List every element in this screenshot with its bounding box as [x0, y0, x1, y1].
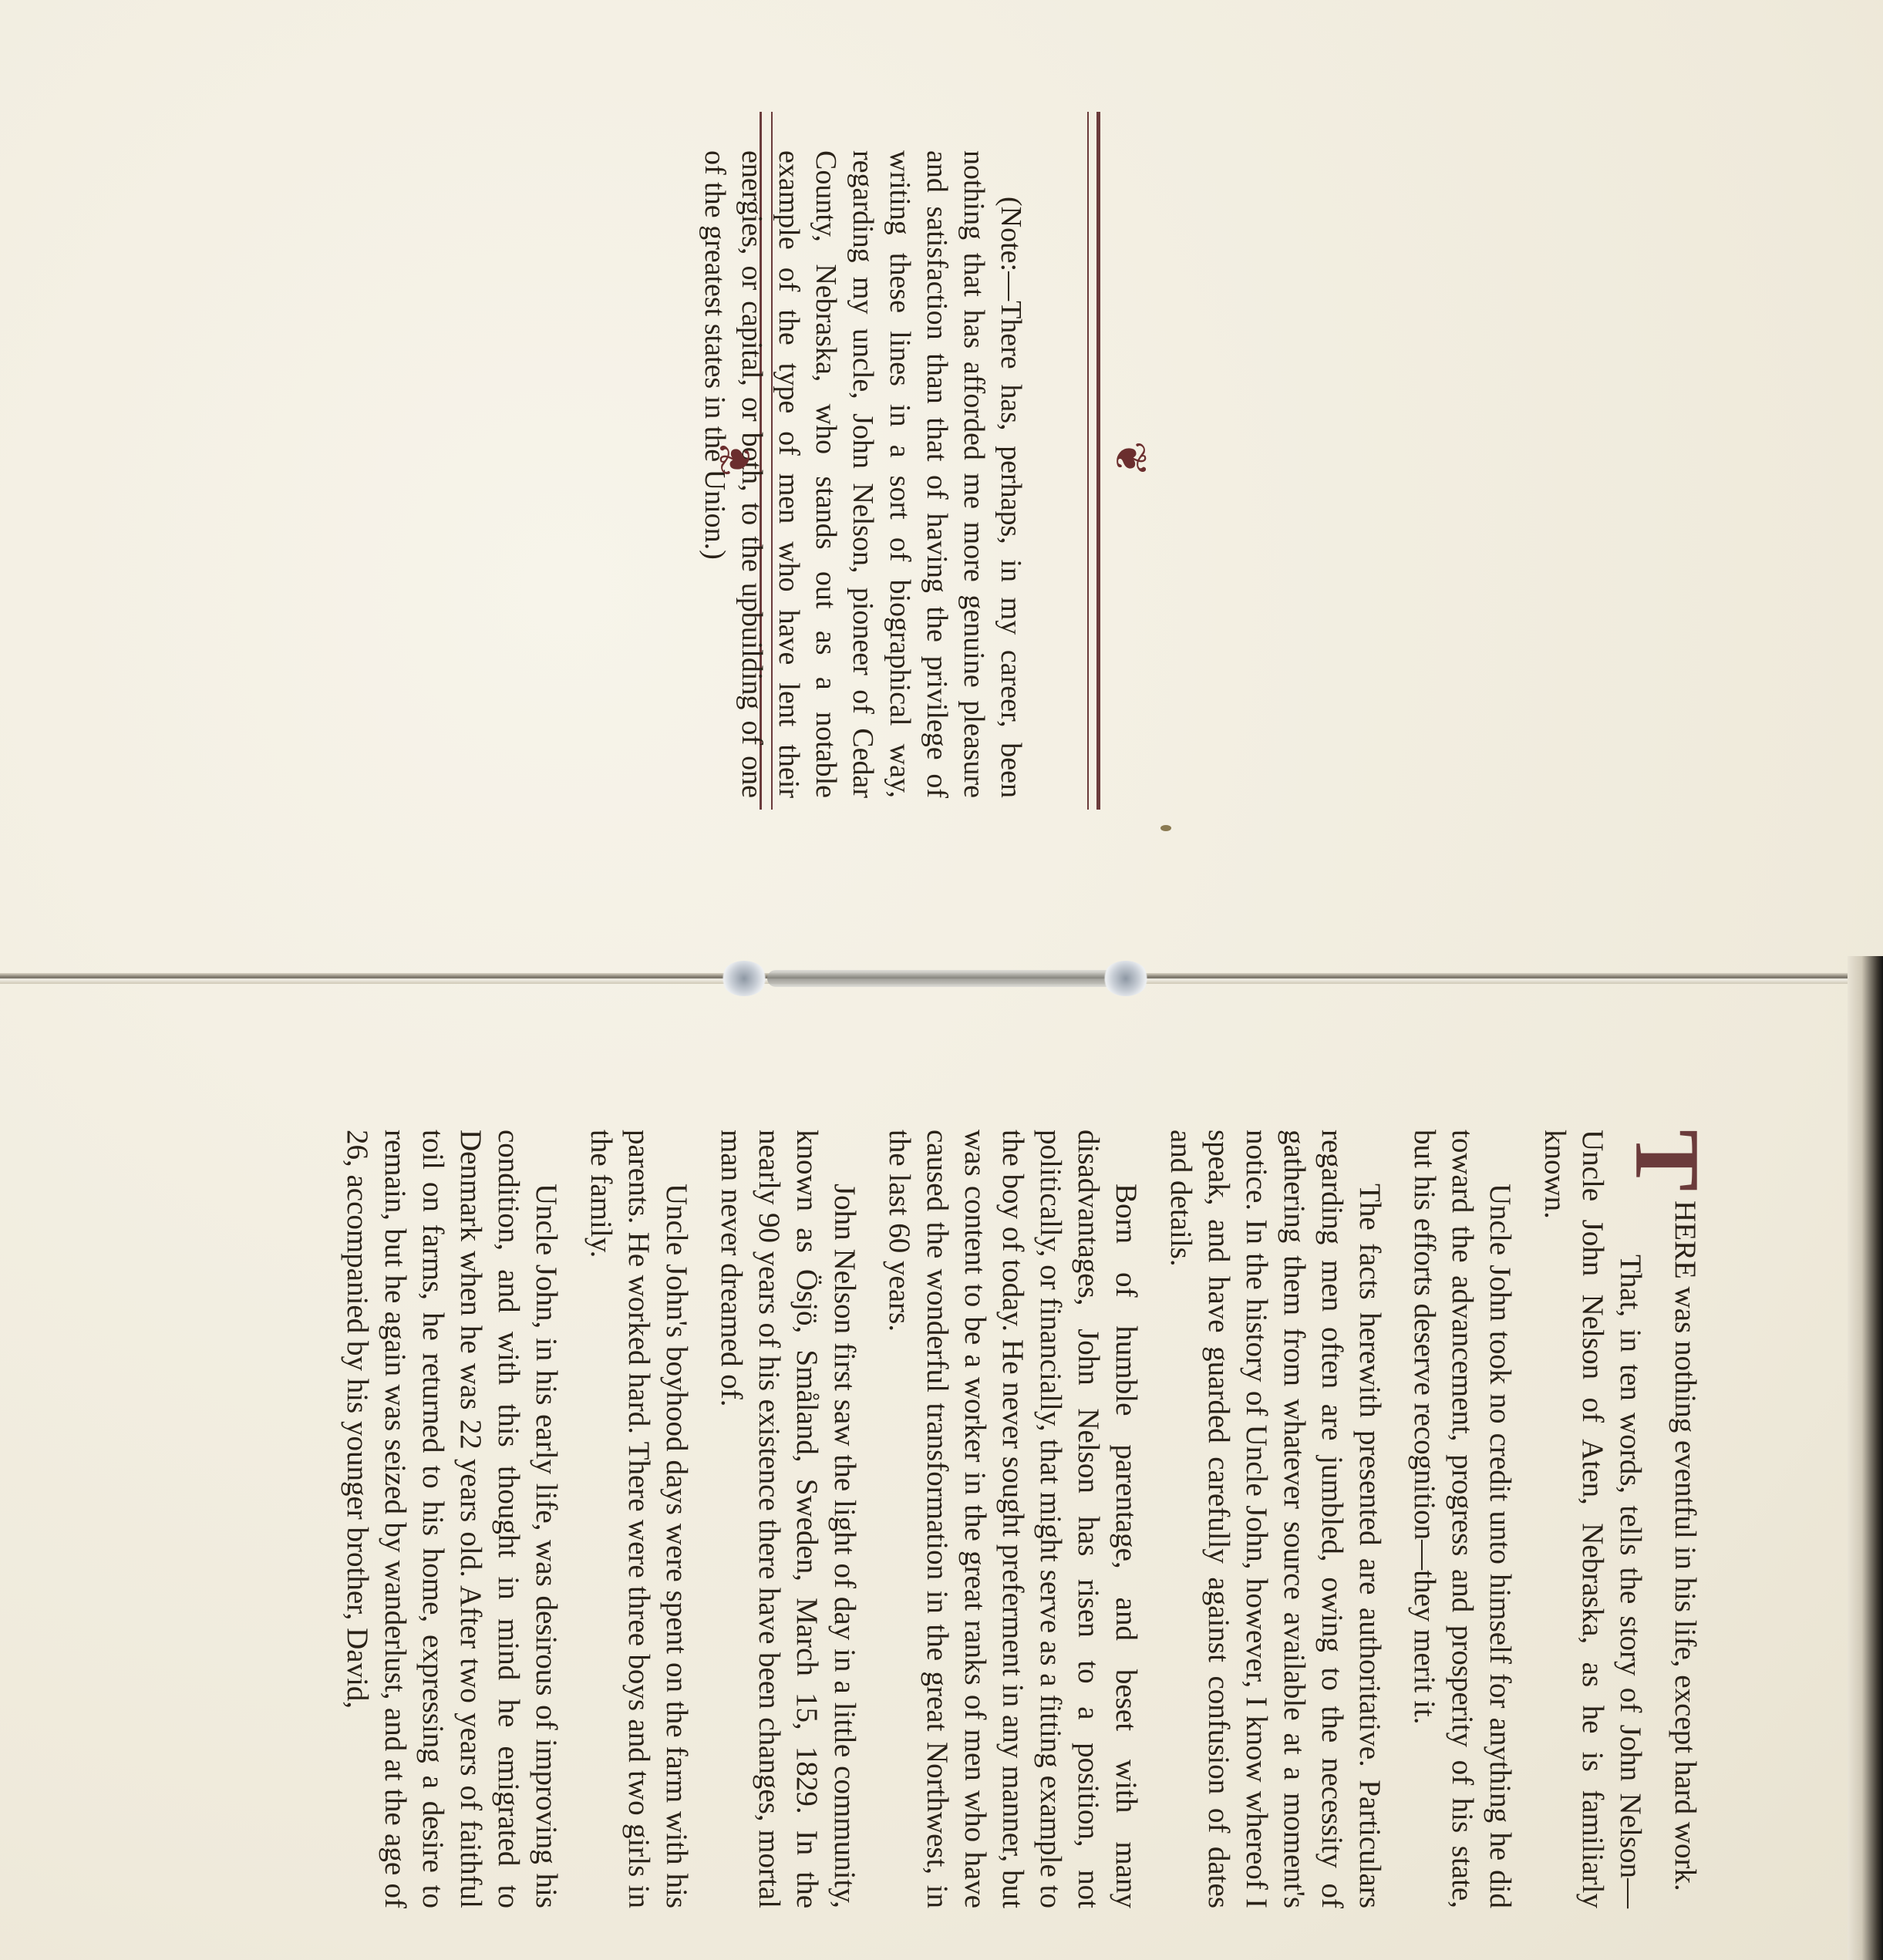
opening-line: HERE was nothing eventful in his life, e…	[1669, 1201, 1702, 1891]
story-paragraph: That, in ten words, tells the story of J…	[1536, 1130, 1649, 1908]
story-paragraph: Born of humble parentage, and beset with…	[881, 1130, 1145, 1908]
acorn-ornament-icon: ❦	[1103, 432, 1157, 486]
story-paragraph: Uncle John's boyhood days were spent on …	[582, 1130, 696, 1908]
dropcap-letter: T	[1630, 1130, 1704, 1191]
story-paragraph: Uncle John took no credit unto himself f…	[1406, 1130, 1519, 1908]
story-opening: T HERE was nothing eventful in his life,…	[1666, 1130, 1704, 1908]
border-rule-outer-right	[1096, 112, 1100, 810]
border-rule-inner-right	[1087, 112, 1089, 810]
left-page-note: (Note:—There has, perhaps, in my career,…	[0, 0, 1883, 978]
paper-speck	[1160, 825, 1171, 831]
story-paragraph: Uncle John, in his early life, was desir…	[339, 1130, 565, 1908]
acorn-ornament-icon: ❦	[709, 432, 763, 486]
story-paragraph: The facts herewith presented are authori…	[1162, 1130, 1389, 1908]
story-paragraph: John Nelson first saw the light of day i…	[712, 1130, 864, 1908]
story-text-block: T HERE was nothing eventful in his life,…	[322, 1130, 1704, 1908]
